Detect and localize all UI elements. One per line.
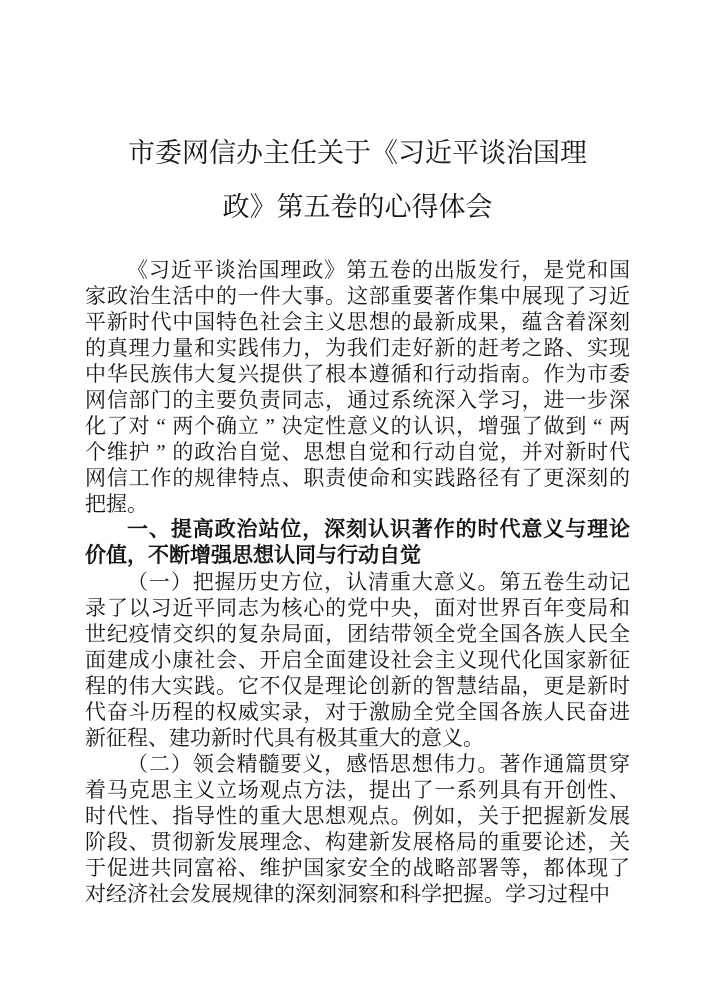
body-paragraph-4: （二）领会精髓要义，感悟思想伟力。著作通篇贯穿着马克思主义立场观点方法，提出了一… xyxy=(85,751,630,907)
document-body: 《习近平谈治国理政》第五卷的出版发行，是党和国家政治生活中的一件大事。这部重要著… xyxy=(85,257,630,907)
fullwidth-quote: “ xyxy=(587,413,608,439)
document-page: 市委网信办主任关于《习近平谈治国理 政》第五卷的心得体会 《习近平谈治国理政》第… xyxy=(0,0,711,1006)
fullwidth-quote: ” xyxy=(260,413,281,439)
section-heading: 一、提高政治站位，深刻认识著作的时代意义与理论价值，不断增强思想认同与行动自觉 xyxy=(85,517,630,569)
document-title-line-2: 政》第五卷的心得体会 xyxy=(85,180,630,234)
fullwidth-quote: “ xyxy=(151,413,172,439)
fullwidth-quote: ” xyxy=(151,439,172,465)
body-paragraph-1: 《习近平谈治国理政》第五卷的出版发行，是党和国家政治生活中的一件大事。这部重要著… xyxy=(85,257,630,517)
body-paragraph-3: （一）把握历史方位，认清重大意义。第五卷生动记录了以习近平同志为核心的党中央，面… xyxy=(85,569,630,751)
document-title: 市委网信办主任关于《习近平谈治国理 政》第五卷的心得体会 xyxy=(85,126,630,234)
document-title-line-1: 市委网信办主任关于《习近平谈治国理 xyxy=(85,126,630,180)
